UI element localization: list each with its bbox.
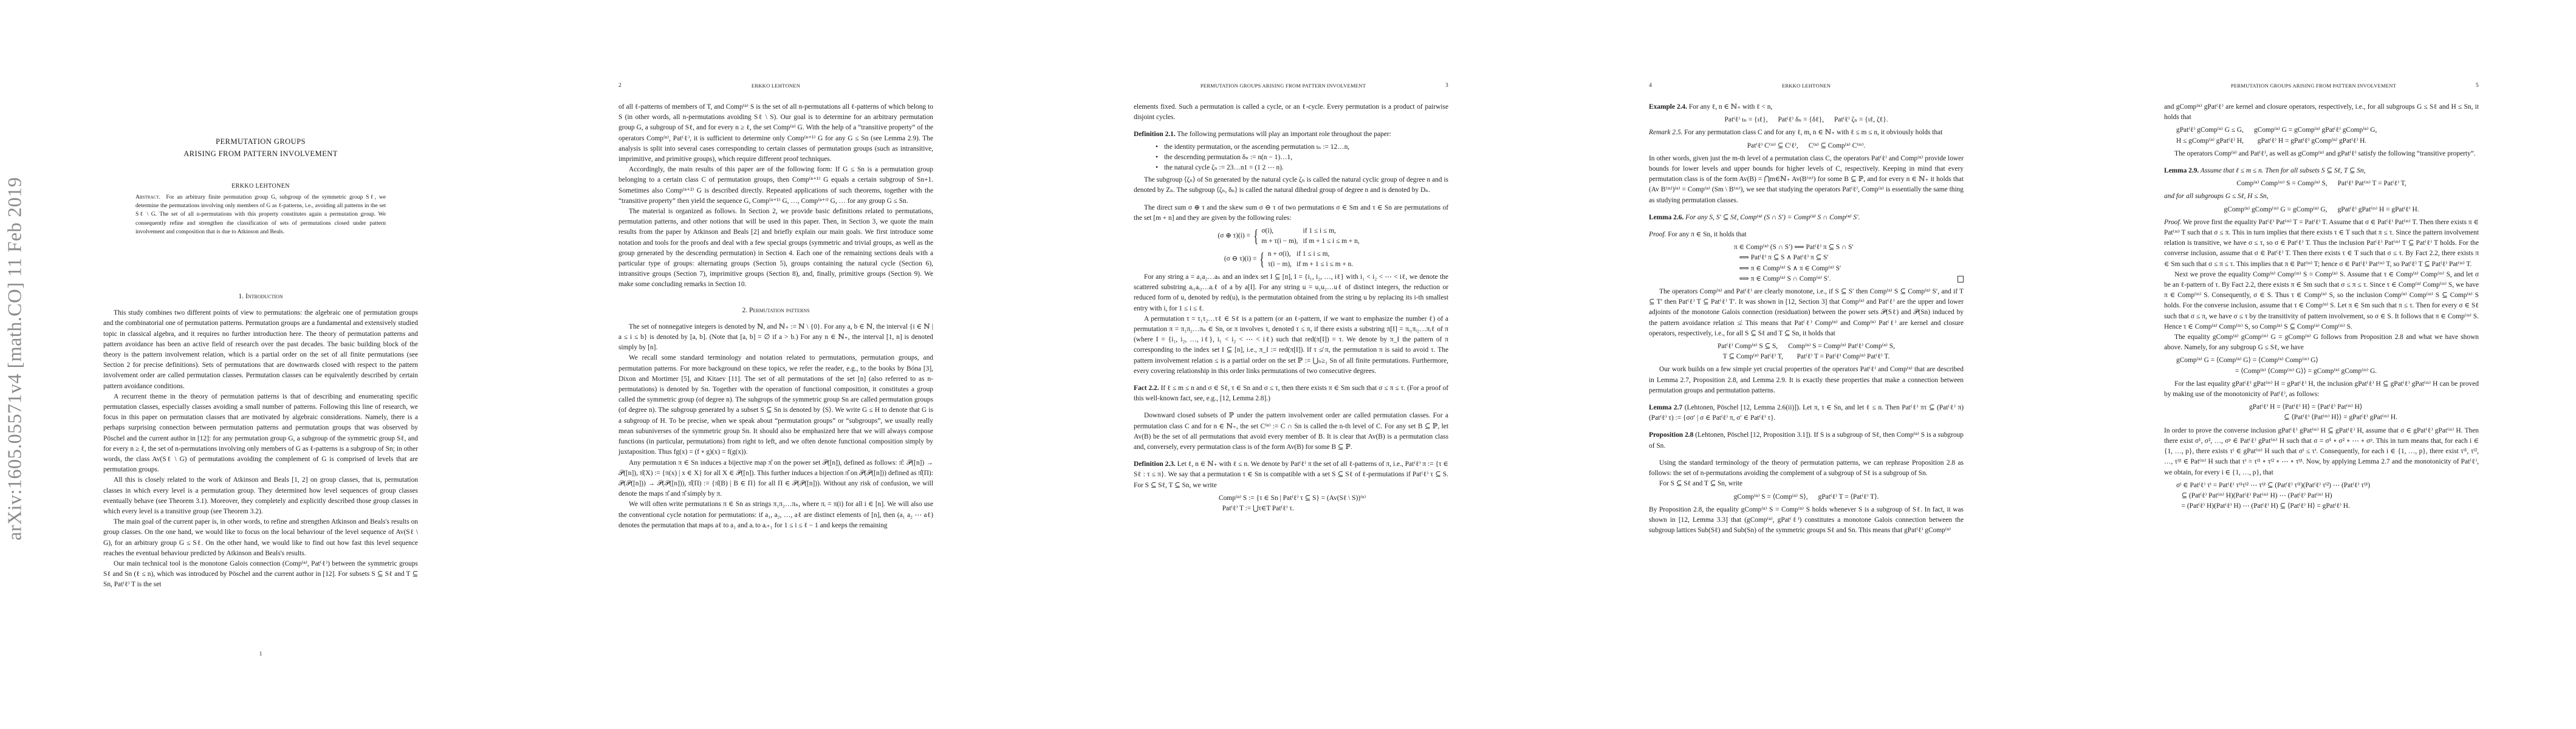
cases-block: (σ ⊕ τ)(i) ={σ(i),if 1 ≤ i ≤ m,m + τ(i −… [1218,226,1364,247]
paragraph: Fact 2.2. If ℓ ≤ m ≤ n and σ ∈ Sℓ, τ ∈ S… [1134,383,1448,404]
paragraph-text: The operators Comp⁽ⁿ⁾ and Pat⁽ℓ⁾ are cle… [1649,288,1964,337]
running-head: PERMUTATION GROUPS ARISING FROM PATTERN … [1134,83,1448,91]
paragraph: By Proposition 2.8, the equality gComp⁽ⁿ… [1649,505,1964,536]
paragraph: Example 2.4. For any ℓ, n ∈ ℕ₊ with ℓ < … [1649,102,1964,112]
paragraph: The direct sum σ ⊕ τ and the skew sum σ … [1134,203,1448,224]
display-equation: gComp⁽ⁿ⁾ S = ⟨Comp⁽ⁿ⁾ S⟩, gPat⁽ℓ⁾ T = ⟨P… [1649,492,1964,502]
paragraph-text: The material is organized as follows. In… [618,208,933,288]
statement-label: Fact 2.2. [1134,385,1159,392]
cases-cell: if 1 ≤ i ≤ m, [1297,249,1358,259]
cases-cell: σ(i), [1261,226,1303,236]
spacer [1134,196,1448,203]
equation-line: Pat⁽ℓ⁾ ιₙ = {ιℓ}, Pat⁽ℓ⁾ δₙ = {δℓ}, Pat⁽… [1649,115,1964,125]
spacer [1649,423,1964,430]
paragraph-text: All this is closely related to the work … [103,476,418,515]
paragraph-text: For any string a = a₁a₂…aₙ and an index … [1134,273,1448,312]
paragraph-text: Next we prove the equality Comp⁽ⁿ⁾ Comp⁽… [2164,271,2479,330]
spacer [1134,123,1448,129]
paragraph-text: Our main technical tool is the monotone … [103,560,418,588]
spacer [1134,377,1448,383]
display-equation: gComp⁽ⁿ⁾ G = ⟨Comp⁽ⁿ⁾ G⟩ = ⟨Comp⁽ⁿ⁾ Comp… [2164,355,2479,376]
left-brace-icon: { [1253,227,1258,245]
piecewise-equation: (σ ⊕ τ)(i) ={σ(i),if 1 ≤ i ≤ m,m + τ(i −… [1134,226,1448,247]
paragraph-text: (Lehtonen, Pöschel [12, Proposition 3.1]… [1649,431,1964,449]
page-3: PERMUTATION GROUPS ARISING FROM PATTERN … [1030,0,1546,729]
bullet-list: the identity permutation, or the ascendi… [1134,142,1448,174]
running-head: 2 ERKKO LEHTONEN [618,83,933,91]
spacer [618,290,933,305]
page-body: Example 2.4. For any ℓ, n ∈ ℕ₊ with ℓ < … [1649,102,1964,536]
paragraph: Proof. For any π ∈ Sn, it holds that [1649,230,1964,240]
paragraph-text: For any π ∈ Sn, it holds that [1666,231,1746,238]
paragraph-text: The equality gComp⁽ⁿ⁾ gComp⁽ᵐ⁾ G = gComp… [2164,334,2479,351]
page-2: 2 ERKKO LEHTONEN of all ℓ-patterns of me… [515,0,1030,729]
paragraph: and for all subgroups G ≤ Sℓ, H ≤ Sn, [2164,191,2479,202]
page-body: 1. IntroductionThis study combines two d… [103,291,418,590]
equation-line: gComp⁽ⁿ⁾ gComp⁽ᵐ⁾ G = gComp⁽ⁿ⁾ G, gPat⁽ℓ… [2164,205,2479,215]
paragraph: Any permutation π ∈ Sn induces a bijecti… [618,458,933,500]
paragraph-text: For S ⊆ Sℓ and T ⊆ Sn, write [1659,480,1742,487]
paragraph-text: A recurrent theme in the theory of permu… [103,393,418,473]
equation-line: Pat⁽ℓ⁾ Comp⁽ⁿ⁾ S ⊆ S, Comp⁽ⁿ⁾ S = Comp⁽ⁿ… [1649,341,1964,352]
paragraph-text: The subgroup ⟨ζₙ⟩ of Sn generated by the… [1134,176,1448,194]
paragraph: The set of nonnegative integers is denot… [618,322,933,354]
paragraph: Accordingly, the main results of this pa… [618,165,933,207]
equation-lhs: (σ ⊖ τ)(i) = [1224,254,1257,264]
paragraph-text: Let ℓ, n ∈ ℕ₊ with ℓ ≤ n. We denote by P… [1134,460,1448,488]
paragraph-text: Accordingly, the main results of this pa… [618,166,933,205]
paragraph-text: We prove first the equality Pat⁽ℓ⁾ Pat⁽ᵐ… [2164,219,2479,268]
statement-label: Definition 2.3. [1134,460,1176,468]
equation-line: gPat⁽ℓ⁾ gComp⁽ⁿ⁾ G ≤ G, gComp⁽ⁿ⁾ G = gCo… [2176,125,2479,135]
paragraph-text: Downward closed subsets of ℙ under the p… [1134,412,1448,451]
paragraph-text: elements fixed. Such a permutation is ca… [1134,103,1448,121]
display-equation: gPat⁽ℓ⁾ gComp⁽ⁿ⁾ G ≤ G, gComp⁽ⁿ⁾ G = gCo… [2164,125,2479,146]
paper-title-line-2: ARISING FROM PATTERN INVOLVEMENT [183,149,338,158]
statement-label: Lemma 2.6. [1649,214,1684,221]
paragraph-text: In other words, given just the m-th leve… [1649,155,1964,204]
equation-line: Pat⁽ℓ⁾ T := ⋃τ∈T Pat⁽ℓ⁾ τ. [1219,504,1448,514]
cases-row: m + τ(i − m),if m + 1 ≤ i ≤ m + n, [1261,236,1364,247]
paragraph-text: For any ℓ, n ∈ ℕ₊ with ℓ < n, [1687,103,1772,111]
display-equation: gComp⁽ⁿ⁾ gComp⁽ᵐ⁾ G = gComp⁽ⁿ⁾ G, gPat⁽ℓ… [2164,205,2479,215]
paper-title-line-1: PERMUTATION GROUPS [216,137,306,146]
paragraph: The main goal of the current paper is, i… [103,517,418,559]
spacer [1134,453,1448,459]
page-number: 3 [1445,83,1448,89]
equation-lhs: (σ ⊕ τ)(i) = [1218,231,1250,241]
paragraph: In order to prove the converse inclusion… [2164,426,2479,478]
paragraph: We will often write permutations π ∈ Sn … [618,499,933,531]
page-body: of all ℓ-patterns of members of T, and C… [618,102,933,531]
abstract: Abstract. For an arbitrary finite permut… [135,193,386,236]
paragraph: For any string a = a₁a₂…aₙ and an index … [1134,272,1448,314]
paragraph: The material is organized as follows. In… [618,207,933,290]
paragraph: Proof. We prove first the equality Pat⁽ℓ… [2164,217,2479,270]
paragraph-text: In order to prove the converse inclusion… [2164,427,2479,476]
paragraph: Our work builds on a few simple yet cruc… [1649,364,1964,396]
paragraph: Remark 2.5. For any permutation class C … [1649,128,1964,138]
equation-line: gPat⁽ℓ⁾ H = ⟨Pat⁽ℓ⁾ H⟩ = ⟨Pat⁽ℓ⁾ Pat⁽ᵐ⁾ … [2249,402,2479,412]
page-footer-number: 1 [103,651,418,657]
statement-label: Proof. [1649,231,1666,238]
qed-box-icon [1958,276,1964,282]
spacer [103,301,418,308]
cases-cell: if 1 ≤ i ≤ m, [1303,226,1365,236]
display-equation: π ∈ Comp⁽ⁿ⁾ (S ∩ S′) ⟺ Pat⁽ℓ⁾ π ⊆ S ∩ S′… [1649,242,1964,284]
paragraph-text: For the last equality gPat⁽ℓ⁾ gPat⁽ᵐ⁾ H … [2164,380,2479,398]
running-head: PERMUTATION GROUPS ARISING FROM PATTERN … [2164,83,2479,91]
paragraph: All this is closely related to the work … [103,475,418,517]
display-equation: Pat⁽ℓ⁾ C⁽ᵐ⁾ ⊆ C⁽ℓ⁾, C⁽ⁿ⁾ ⊆ Comp⁽ⁿ⁾ C⁽ᵐ⁾. [1649,141,1964,151]
statement-label: Definition 2.1. [1134,131,1176,138]
spacer [618,315,933,322]
paragraph-text: Any permutation π ∈ Sn induces a bijecti… [618,459,933,498]
paragraph: A permutation τ = τ₁τ₂…τℓ ∈ Sℓ is a patt… [1134,314,1448,377]
running-head-title: ERKKO LEHTONEN [618,83,933,89]
spacer [1649,396,1964,403]
paragraph: We recall some standard terminology and … [618,353,933,457]
piecewise-equation: (σ ⊖ τ)(i) ={n + σ(i),if 1 ≤ i ≤ m,τ(i −… [1134,249,1448,270]
cases-table: σ(i),if 1 ≤ i ≤ m,m + τ(i − m),if m + 1 … [1261,226,1364,247]
statement-label: Lemma 2.9. [2164,167,2199,174]
equation-line: Comp⁽ⁿ⁾ Comp⁽ᵐ⁾ S = Comp⁽ⁿ⁾ S, Pat⁽ℓ⁾ Pa… [2164,179,2479,189]
spacer [1134,404,1448,411]
paragraph-text: (Lehtonen, Pöschel [12, Lemma 2.6(ii)]).… [1649,404,1964,422]
display-equation: Comp⁽ⁿ⁾ Comp⁽ᵐ⁾ S = Comp⁽ⁿ⁾ S, Pat⁽ℓ⁾ Pa… [2164,179,2479,189]
equation-line: ⊆ ⟨Pat⁽ℓ⁾ ⟨Pat⁽ᵐ⁾ H⟩⟩ = gPat⁽ℓ⁾ gPat⁽ᵐ⁾ … [2249,412,2479,423]
paragraph-text: The direct sum σ ⊕ τ and the skew sum σ … [1134,204,1448,222]
equation-line: σⁱ ∈ Pat⁽ℓ⁾ τⁱ = Pat⁽ℓ⁾ τⁱ¹τⁱ² ⋯ τⁱʲⁱ ⊆ … [2176,481,2479,491]
running-head-title: ERKKO LEHTONEN [1649,83,1964,89]
equation-line: H ≤ gComp⁽ⁿ⁾ gPat⁽ℓ⁾ H, gPat⁽ℓ⁾ H = gPat… [2176,136,2479,146]
paragraph-text: and gComp⁽ⁿ⁾ gPat⁽ℓ⁾ are kernel and clos… [2164,103,2479,121]
page-number: 5 [2476,83,2479,89]
paragraph: The operators Comp⁽ⁿ⁾ and Pat⁽ℓ⁾, as wel… [2164,149,2479,159]
list-item: the descending permutation δₙ := n(n − 1… [1164,152,1448,163]
paragraph: Lemma 2.9. Assume that ℓ ≤ m ≤ n. Then f… [2164,166,2479,176]
running-head-title: PERMUTATION GROUPS ARISING FROM PATTERN … [2164,83,2463,89]
cases-cell: n + σ(i), [1268,249,1297,259]
running-head: 4 ERKKO LEHTONEN [1649,83,1964,91]
equation-line: = ⟨Comp⁽ⁿ⁾ ⟨Comp⁽ᵐ⁾ G⟩⟩ = gComp⁽ⁿ⁾ gComp… [2176,366,2479,377]
abstract-label: Abstract. [135,194,160,200]
cases-cell: m + τ(i − m), [1261,236,1303,247]
paragraph-text: Using the standard terminology of the th… [1649,459,1964,477]
cases-row: n + σ(i),if 1 ≤ i ≤ m, [1268,249,1358,259]
running-head-title: PERMUTATION GROUPS ARISING FROM PATTERN … [1134,83,1433,89]
section-heading: 2. Permutation patterns [618,305,933,315]
paragraph: For S ⊆ Sℓ and T ⊆ Sn, write [1649,479,1964,489]
paragraph: elements fixed. Such a permutation is ca… [1134,102,1448,123]
paragraph-text: The operators Comp⁽ⁿ⁾ and Pat⁽ℓ⁾, as wel… [2174,150,2476,157]
paragraph-text: The set of nonnegative integers is denot… [618,323,933,351]
statement-label: Proof. [2164,219,2181,226]
equation-line: gComp⁽ⁿ⁾ S = ⟨Comp⁽ⁿ⁾ S⟩, gPat⁽ℓ⁾ T = ⟨P… [1649,492,1964,502]
equation-line: Comp⁽ⁿ⁾ S := {τ ∈ Sn | Pat⁽ℓ⁾ τ ⊆ S} = (… [1219,493,1448,504]
paragraph: Definition 2.3. Let ℓ, n ∈ ℕ₊ with ℓ ≤ n… [1134,459,1448,491]
display-equation: gPat⁽ℓ⁾ H = ⟨Pat⁽ℓ⁾ H⟩ = ⟨Pat⁽ℓ⁾ Pat⁽ᵐ⁾ … [2164,402,2479,423]
paragraph: The operators Comp⁽ⁿ⁾ and Pat⁽ℓ⁾ are cle… [1649,287,1964,339]
paragraph-text: We recall some standard terminology and … [618,354,933,456]
cases-cell: if m + 1 ≤ i ≤ m + n, [1303,236,1365,247]
equation-line: gComp⁽ⁿ⁾ G = ⟨Comp⁽ⁿ⁾ G⟩ = ⟨Comp⁽ⁿ⁾ Comp… [2176,355,2479,366]
paragraph: The equality gComp⁽ⁿ⁾ gComp⁽ᵐ⁾ G = gComp… [2164,332,2479,353]
paragraph: Lemma 2.6. For any S, S′ ⊆ Sℓ, Comp⁽ⁿ⁾ (… [1649,213,1964,223]
equation-line: ⟺ Pat⁽ℓ⁾ π ⊆ S ∧ Pat⁽ℓ⁾ π ⊆ S′ [1734,253,1964,263]
paragraph-text: of all ℓ-patterns of members of T, and C… [618,103,933,163]
paragraph: Lemma 2.7 (Lehtonen, Pöschel [12, Lemma … [1649,403,1964,423]
cases-table: n + σ(i),if 1 ≤ i ≤ m,τ(i − m),if m + 1 … [1268,249,1358,270]
equation-line: T ⊆ Comp⁽ⁿ⁾ Pat⁽ℓ⁾ T, Pat⁽ℓ⁾ T = Pat⁽ℓ⁾ … [1649,352,1964,362]
paragraph: Definition 2.1. The following permutatio… [1134,129,1448,140]
paragraph-text: Assume that ℓ ≤ m ≤ n. Then for all subs… [2199,167,2365,174]
paragraph-text: By Proposition 2.8, the equality gComp⁽ⁿ… [1649,506,1964,534]
paragraph: Downward closed subsets of ℙ under the p… [1134,411,1448,453]
paragraph-text: The main goal of the current paper is, i… [103,518,418,557]
paragraph: of all ℓ-patterns of members of T, and C… [618,102,933,165]
paragraph-text: A permutation τ = τ₁τ₂…τℓ ∈ Sℓ is a patt… [1134,315,1448,375]
list-item: the natural cycle ζₙ := 23…n1 = (1 2 ⋯ n… [1164,163,1448,173]
equation-line: ⟺ π ∈ Comp⁽ⁿ⁾ S ∧ π ∈ Comp⁽ⁿ⁾ S′ [1734,264,1964,274]
statement-label: Proposition 2.8 [1649,431,1693,439]
paragraph: For the last equality gPat⁽ℓ⁾ gPat⁽ᵐ⁾ H … [2164,379,2479,400]
statement-label: Lemma 2.7 [1649,404,1682,411]
spacer [1649,451,1964,458]
cases-block: (σ ⊖ τ)(i) ={n + σ(i),if 1 ≤ i ≤ m,τ(i −… [1224,249,1358,270]
paragraph: Using the standard terminology of the th… [1649,458,1964,479]
paper-author: ERKKO LEHTONEN [103,183,418,190]
statement-label: Example 2.4. [1649,103,1687,111]
page-body: and gComp⁽ⁿ⁾ gPat⁽ℓ⁾ are kernel and clos… [2164,102,2479,514]
paragraph-text: and for all subgroups G ≤ Sℓ, H ≤ Sn, [2164,193,2269,200]
paragraph-text: For any S, S′ ⊆ Sℓ, Comp⁽ⁿ⁾ (S ∩ S′) = C… [1684,214,1860,221]
paper-title: PERMUTATION GROUPS ARISING FROM PATTERN … [103,135,418,160]
paragraph-text: If ℓ ≤ m ≤ n and σ ∈ Sℓ, τ ∈ Sn and σ ≤ … [1134,385,1448,402]
list-item: the identity permutation, or the ascendi… [1164,142,1448,152]
paragraph: Proposition 2.8 (Lehtonen, Pöschel [12, … [1649,430,1964,451]
cases-cell: if m + 1 ≤ i ≤ m + n. [1297,259,1358,270]
paragraph-text: This study combines two different points… [103,309,418,389]
title-block: PERMUTATION GROUPS ARISING FROM PATTERN … [103,135,418,190]
display-equation: Pat⁽ℓ⁾ Comp⁽ⁿ⁾ S ⊆ S, Comp⁽ⁿ⁾ S = Comp⁽ⁿ… [1649,341,1964,362]
page-5: PERMUTATION GROUPS ARISING FROM PATTERN … [2061,0,2576,729]
spacer [1649,206,1964,213]
paragraph: A recurrent theme in the theory of permu… [103,392,418,476]
spacer [2164,159,2479,166]
cases-row: σ(i),if 1 ≤ i ≤ m, [1261,226,1364,236]
equation-line: π ∈ Comp⁽ⁿ⁾ (S ∩ S′) ⟺ Pat⁽ℓ⁾ π ⊆ S ∩ S′ [1734,242,1964,253]
paragraph-text: We will often write permutations π ∈ Sn … [618,501,933,529]
cases-cell: τ(i − m), [1268,259,1297,270]
spacer [1649,223,1964,230]
page-1: PERMUTATION GROUPS ARISING FROM PATTERN … [0,0,515,729]
equation-line: Pat⁽ℓ⁾ C⁽ᵐ⁾ ⊆ C⁽ℓ⁾, C⁽ⁿ⁾ ⊆ Comp⁽ⁿ⁾ C⁽ᵐ⁾. [1649,141,1964,151]
equation-line: ⊆ (Pat⁽ℓ⁾ Pat⁽ᵐ⁾ H)(Pat⁽ℓ⁾ Pat⁽ᵐ⁾ H) ⋯ (… [2176,491,2479,501]
display-equation: σⁱ ∈ Pat⁽ℓ⁾ τⁱ = Pat⁽ℓ⁾ τⁱ¹τⁱ² ⋯ τⁱʲⁱ ⊆ … [2164,481,2479,512]
left-brace-icon: { [1260,250,1265,269]
display-equation: Comp⁽ⁿ⁾ S := {τ ∈ Sn | Pat⁽ℓ⁾ τ ⊆ S} = (… [1134,493,1448,514]
abstract-text: For an arbitrary finite permutation grou… [135,194,386,235]
paragraph-text: For any permutation class C and for any … [1682,129,1942,136]
equation-line: = (Pat⁽ℓ⁾ H)(Pat⁽ℓ⁾ H) ⋯ (Pat⁽ℓ⁾ H) ⊆ ⟨P… [2176,501,2479,512]
paragraph: In other words, given just the m-th leve… [1649,154,1964,206]
display-equation: Pat⁽ℓ⁾ ιₙ = {ιℓ}, Pat⁽ℓ⁾ δₙ = {δℓ}, Pat⁽… [1649,115,1964,125]
statement-label: Remark 2.5. [1649,129,1682,136]
paragraph: The subgroup ⟨ζₙ⟩ of Sn generated by the… [1134,175,1448,196]
page-body: elements fixed. Such a permutation is ca… [1134,102,1448,516]
section-heading: 1. Introduction [103,291,418,301]
paragraph: and gComp⁽ⁿ⁾ gPat⁽ℓ⁾ are kernel and clos… [2164,102,2479,123]
paragraph: This study combines two different points… [103,308,418,392]
paragraph-text: Our work builds on a few simple yet cruc… [1649,366,1964,394]
paragraph: Next we prove the equality Comp⁽ⁿ⁾ Comp⁽… [2164,270,2479,332]
paragraph: Our main technical tool is the monotone … [103,559,418,590]
paragraph-text: The following permutations will play an … [1176,131,1391,138]
page-4: 4 ERKKO LEHTONEN Example 2.4. For any ℓ,… [1546,0,2061,729]
cases-row: τ(i − m),if m + 1 ≤ i ≤ m + n. [1268,259,1358,270]
equation-line: ⟺ π ∈ Comp⁽ⁿ⁾ S ∩ Comp⁽ⁿ⁾ S′. [1734,274,1964,284]
